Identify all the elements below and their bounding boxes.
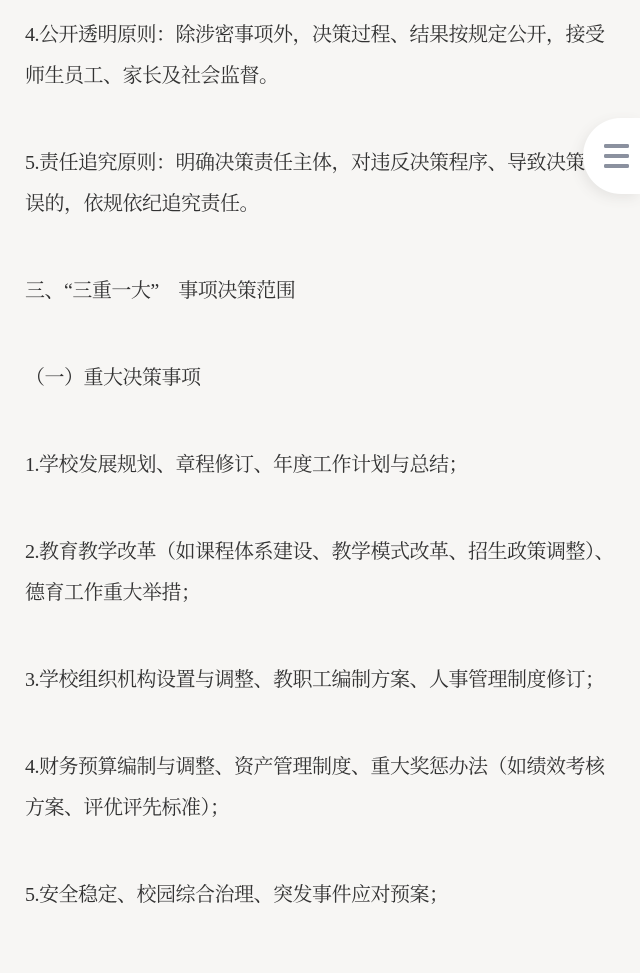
section-heading-three: 三、“三重一大” 事项决策范围 — [25, 271, 616, 312]
menu-bar — [604, 164, 629, 168]
text-line: 5.责任追究原则：明确决策责任主体，对违反决策程序、导致决策 — [25, 143, 616, 184]
text-line: 4.财务预算编制与调整、资产管理制度、重大奖惩办法（如绩效考核 — [25, 747, 616, 788]
document-page: 4.公开透明原则：除涉密事项外，决策过程、结果按规定公开，接受 师生员工、家长及… — [0, 0, 640, 973]
menu-bar — [604, 144, 629, 148]
text-line: 2.教育教学改革（如课程体系建设、教学模式改革、招生政策调整）、 — [25, 532, 616, 573]
list-item-1: 1.学校发展规划、章程修订、年度工作计划与总结； — [25, 445, 616, 486]
text-line: 1.学校发展规划、章程修订、年度工作计划与总结； — [25, 445, 616, 486]
text-line: 德育工作重大举措； — [25, 573, 616, 614]
paragraph-principle-4: 4.公开透明原则：除涉密事项外，决策过程、结果按规定公开，接受 师生员工、家长及… — [25, 15, 616, 97]
paragraph-principle-5: 5.责任追究原则：明确决策责任主体，对违反决策程序、导致决策 误的，依规依纪追究… — [25, 143, 616, 225]
list-item-3: 3.学校组织机构设置与调整、教职工编制方案、人事管理制度修订； — [25, 660, 616, 701]
text-line: 方案、评优评先标准）； — [25, 788, 616, 829]
text-line: 三、“三重一大” 事项决策范围 — [25, 271, 616, 312]
text-line: 误的，依规依纪追究责任。 — [25, 184, 616, 225]
menu-bar — [604, 154, 629, 158]
list-item-2: 2.教育教学改革（如课程体系建设、教学模式改革、招生政策调整）、 德育工作重大举… — [25, 532, 616, 614]
text-line: 4.公开透明原则：除涉密事项外，决策过程、结果按规定公开，接受 — [25, 15, 616, 56]
subsection-heading-one: （一）重大决策事项 — [25, 358, 616, 399]
text-line: 3.学校组织机构设置与调整、教职工编制方案、人事管理制度修订； — [25, 660, 616, 701]
list-item-5: 5.安全稳定、校园综合治理、突发事件应对预案； — [25, 875, 616, 916]
text-line: 师生员工、家长及社会监督。 — [25, 56, 616, 97]
list-item-4: 4.财务预算编制与调整、资产管理制度、重大奖惩办法（如绩效考核 方案、评优评先标… — [25, 747, 616, 829]
text-line: （一）重大决策事项 — [25, 358, 616, 399]
document-body: 4.公开透明原则：除涉密事项外，决策过程、结果按规定公开，接受 师生员工、家长及… — [0, 0, 640, 962]
text-line: 5.安全稳定、校园综合治理、突发事件应对预案； — [25, 875, 616, 916]
hamburger-menu-icon — [604, 141, 629, 171]
